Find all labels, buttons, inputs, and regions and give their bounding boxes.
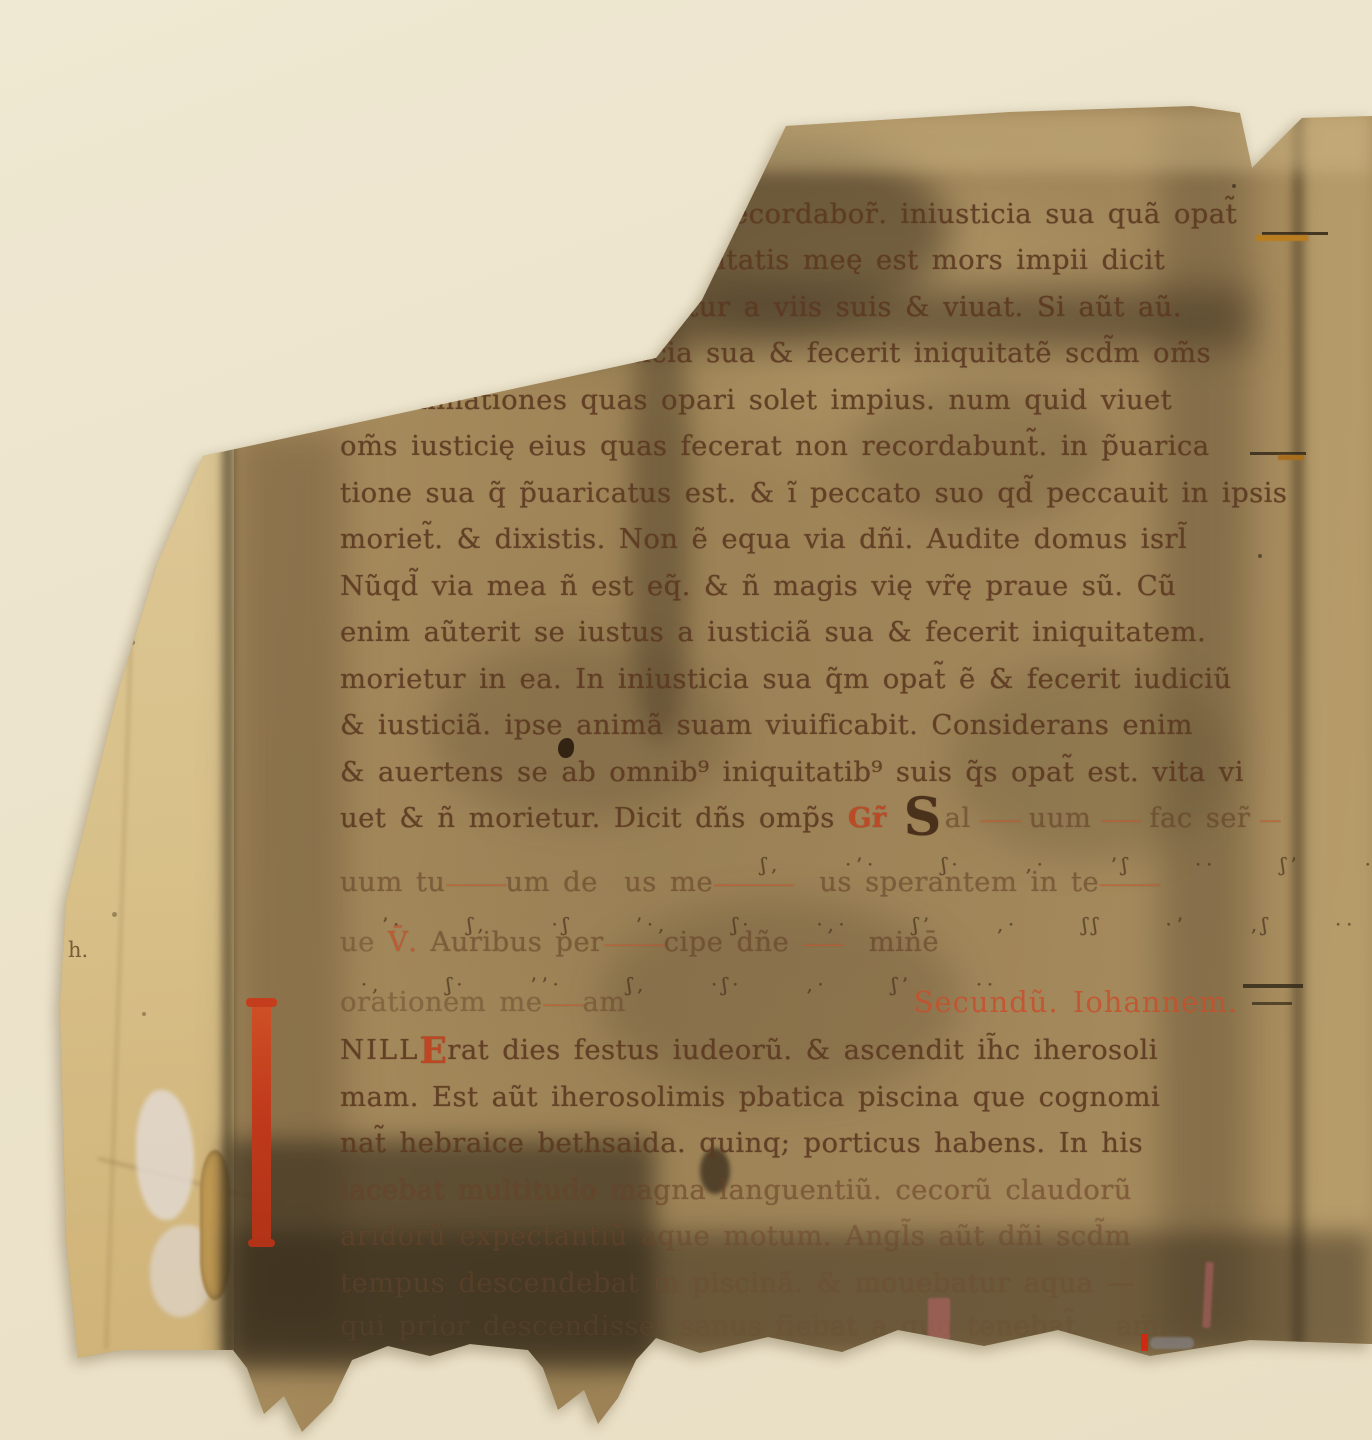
text-segment: qui prior descendisset sanus fiebat a qu… (340, 1310, 1191, 1342)
text-line: aridorũ expectantiũ aque motum. Angl̃s a… (340, 1216, 1240, 1256)
text-segment: —— (1091, 808, 1149, 833)
wormhole (142, 1012, 146, 1016)
text-line: est viuet. Num quid voluntatis meę est m… (340, 240, 1240, 280)
text-segment: — (1250, 808, 1279, 833)
text-segment: am (582, 986, 625, 1018)
text-segment: minē (842, 926, 939, 958)
wormhole (112, 912, 117, 917)
text-segment: morietur in ea. In iniusticia sua q̃m op… (340, 663, 1232, 695)
speckle (1232, 184, 1236, 188)
rubric-secundum-iohannem: Secundũ. Iohannem. (914, 982, 1238, 1022)
turn-in-strip (52, 430, 234, 1390)
text-line: enim aũterit se iustus a iusticiã sua & … (340, 612, 1240, 652)
stitch-slit-4 (1252, 1002, 1292, 1005)
text-segment: fac ser̃ (1149, 802, 1250, 834)
paper-residue-patch (150, 1225, 216, 1317)
text-segment: est viuet. Num quid voluntatis meę est m… (340, 244, 1165, 276)
text-segment: us sperantem in te (793, 866, 1099, 898)
text-line: tempus descendebat in piscinã. & mouebat… (340, 1263, 1240, 1303)
text-segment: mam. Est aũt iherosolimis pbatica piscin… (340, 1081, 1160, 1113)
text-segment: V̄. (388, 926, 431, 958)
parchment-leaf: eius quas operatus est ñ recordabor̃. in… (0, 0, 1372, 1440)
text-segment: enim aũterit se iustus a iusticiã sua & … (340, 616, 1206, 648)
text-segment: —— (971, 808, 1029, 833)
right-flap-light (1306, 112, 1372, 1347)
text-segment: moriet̃. & dixistis. Non ẽ equa via dñi.… (340, 523, 1187, 555)
text-line: iacebat multitudo magna languentiũ. ceco… (340, 1170, 1240, 1210)
text-segment: Auribus per (430, 926, 603, 958)
text-line: & iusticiã. ipse animã suam viuificabit.… (340, 705, 1240, 745)
red-edge-mark (1141, 1334, 1148, 1351)
text-segment: aridorũ expectantiũ aque motum. Angl̃s a… (340, 1220, 1131, 1252)
left-rule-line (222, 440, 234, 1355)
text-line: abhominationes quas opari solet impius. … (340, 380, 1240, 420)
text-segment: E (419, 1030, 447, 1072)
leaf-shadow: eius quas operatus est ñ recordabor̃. in… (0, 0, 1372, 1440)
text-segment: al (945, 802, 971, 834)
text-segment: uum tu (340, 866, 445, 898)
text-segment: om̃s iusticię eius quas fecerat non reco… (340, 430, 1210, 462)
text-line: uet & ñ morietur. Dicit dñs omp̃s Gr̃ Sa… (340, 798, 1240, 838)
top-edge-roll (700, 112, 1372, 172)
speckle (640, 40, 644, 44)
text-segment: eius quas operatus est ñ recordabor̃. in… (340, 198, 1237, 230)
text-segment: —— (802, 932, 842, 957)
text-line: qui prior descendisset sanus fiebat a qu… (340, 1306, 1240, 1346)
text-segment: S (904, 787, 942, 848)
text-segment: NILL (340, 1034, 419, 1066)
text-segment: ——— (1099, 872, 1159, 897)
red-initial-i (252, 1002, 271, 1244)
text-segment: tempus descendebat in piscinã. & mouebat… (340, 1267, 1135, 1299)
photograph-of-manuscript: { "palette": { "mat_background": "#ece4c… (0, 0, 1372, 1440)
text-segment: terit se iustus a iusticia sua & fecerit… (340, 337, 1211, 369)
text-line: nat̃ hebraice bethsaida. quinq; porticus… (340, 1123, 1240, 1163)
text-segment: ———— (713, 872, 793, 897)
text-segment: orationem me (340, 986, 542, 1018)
text-segment: abhominationes quas opari solet impius. … (340, 384, 1172, 416)
text-line: uum tu———um de us me———— us sperantem in… (340, 862, 1240, 902)
text-line: orationem me——amSecundũ. Iohannem. (340, 982, 1240, 1022)
text-segment: dñs. & non ut conuertatur a viis suis & … (340, 291, 1182, 323)
text-line: & auertens se ab omnib⁹ iniquitatib⁹ sui… (340, 752, 1240, 792)
text-line: morietur in ea. In iniusticia sua q̃m op… (340, 659, 1240, 699)
text-segment: —— (542, 992, 582, 1017)
text-line: terit se iustus a iusticia sua & fecerit… (340, 333, 1240, 373)
text-segment: iacebat multitudo magna languentiũ. ceco… (340, 1174, 1132, 1206)
text-segment: cipe dñe (664, 926, 803, 958)
stitch-thread-1 (1256, 235, 1308, 241)
text-line: moriet̃. & dixistis. Non ẽ equa via dñi.… (340, 519, 1240, 559)
text-segment: um de us me (505, 866, 713, 898)
text-segment: rat dies festus iudeorũ. & ascendit ih̃c… (447, 1034, 1158, 1066)
text-line: Nũqd̃ via mea ñ est eq̃. & ñ magis vię v… (340, 566, 1240, 606)
stitch-slit-3 (1243, 984, 1303, 988)
text-segment: nat̃ hebraice bethsaida. quinq; porticus… (340, 1127, 1143, 1159)
text-line: NILLErat dies festus iudeorũ. & ascendit… (340, 1030, 1240, 1070)
text-segment: ue (340, 926, 388, 958)
text-line: mam. Est aũt iherosolimis pbatica piscin… (340, 1077, 1240, 1117)
text-line: ue V̄. Auribus per———cipe dñe —— minē (340, 922, 1240, 962)
text-block: eius quas operatus est ñ recordabor̃. in… (340, 194, 1240, 1394)
paper-residue-patch (136, 1090, 194, 1220)
text-segment: & iusticiã. ipse animã suam viuificabit.… (340, 709, 1193, 741)
wormhole (130, 640, 135, 645)
stain-mid-1 (420, 220, 660, 340)
speckle (702, 64, 705, 67)
text-line: dñs. & non ut conuertatur a viis suis & … (340, 287, 1240, 327)
text-line: tione sua q̃ p̃uaricatus est. & ĩ peccat… (340, 473, 1240, 513)
text-segment: tione sua q̃ p̃uaricatus est. & ĩ peccat… (340, 477, 1287, 509)
text-segment: ——— (604, 932, 664, 957)
stitch-thread-2 (1278, 455, 1304, 460)
speckle (1258, 554, 1262, 558)
text-segment: uum (1029, 802, 1092, 834)
text-line: om̃s iusticię eius quas fecerat non reco… (340, 426, 1240, 466)
text-segment: Nũqd̃ via mea ñ est eq̃. & ñ magis vię v… (340, 570, 1176, 602)
fold-crease-right (1292, 112, 1305, 1347)
tear-gap (200, 1150, 230, 1300)
text-segment: ——— (445, 872, 505, 897)
turn-in-crease (105, 470, 139, 1350)
text-segment: Gr̃ (848, 802, 901, 834)
text-segment: & auertens se ab omnib⁹ iniquitatib⁹ sui… (340, 756, 1244, 788)
text-segment: uet & ñ morietur. Dicit dñs omp̃s (340, 802, 848, 834)
stitch-slit-2 (1250, 452, 1306, 455)
gray-edge-smudge (1150, 1337, 1194, 1349)
stitch-slit-1 (1262, 232, 1328, 235)
text-line: eius quas operatus est ñ recordabor̃. in… (340, 194, 1240, 234)
margin-mark: h. (68, 938, 88, 962)
